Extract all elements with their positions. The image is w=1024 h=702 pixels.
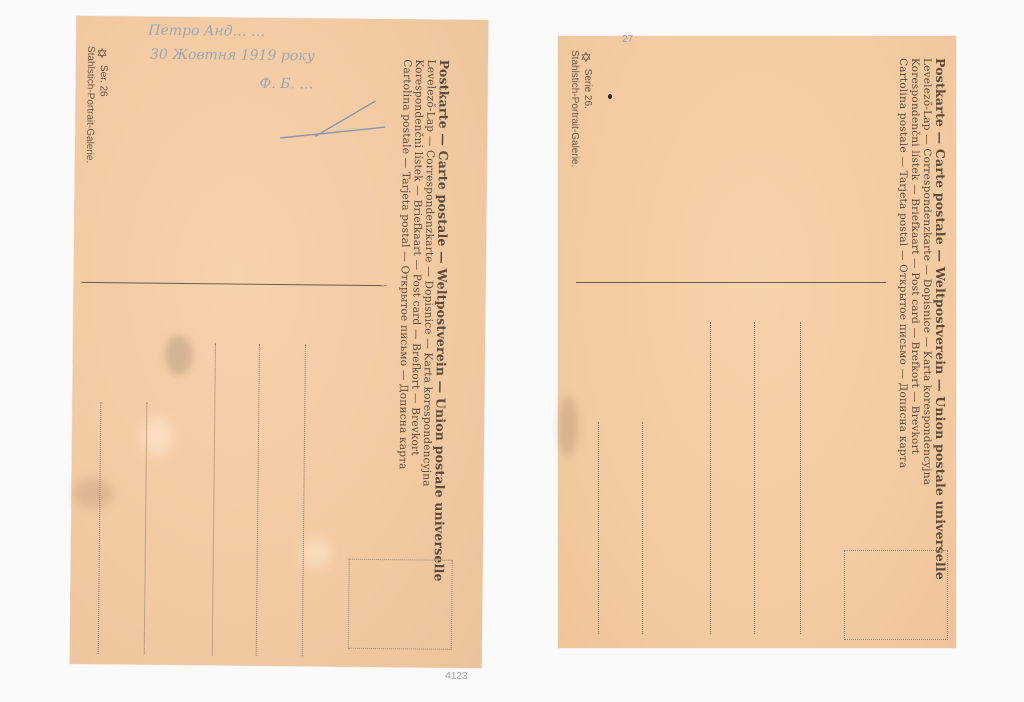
header-line: Levelező-Lap — Correspondenzkarte — Dopi… <box>921 58 933 580</box>
publisher-imprint: ✡ Serie 26. Stahlstich-Portrait-Galerie. <box>568 50 594 167</box>
postcard-right: 27 ✡ Serie 26. Stahlstich-Portrait-Galer… <box>558 36 956 648</box>
publisher-name: Stahlstich-Portrait-Galerie. <box>569 50 580 167</box>
publisher-imprint: ✡ Ser. 26 Stahlstich-Portrait-Galerie. <box>83 46 110 164</box>
stamp-box <box>348 559 453 650</box>
address-line <box>598 422 599 634</box>
stain <box>301 538 331 568</box>
address-line <box>710 322 711 634</box>
address-line <box>98 402 102 654</box>
message-divider <box>576 282 886 283</box>
stain <box>73 478 113 508</box>
handwriting-line-1: Петро Анд… … <box>148 23 265 40</box>
header-line: Postkarte — Carte postale — Weltpostvere… <box>933 58 948 580</box>
star-logo-icon: ✡ <box>579 50 595 66</box>
address-line <box>302 344 306 656</box>
postcard-header: Postkarte — Carte postale — Weltpostvere… <box>396 59 452 582</box>
address-line <box>256 344 260 656</box>
postcard-left: Петро Анд… … 30 Жовтня 1919 року Ф. Б. …… <box>70 16 489 668</box>
stamp-box <box>844 550 948 640</box>
handwriting-line-2: 30 Жовтня 1919 року <box>150 47 315 65</box>
series-label: Serie 26. <box>582 69 593 109</box>
address-line <box>642 422 643 634</box>
pencil-note: 27 <box>622 34 633 45</box>
header-line: Korespondenčni lístek — Briefkaart — Pos… <box>909 58 921 580</box>
pencil-note: 4123 <box>445 671 467 682</box>
message-divider <box>82 282 387 286</box>
address-line <box>800 322 801 634</box>
address-line <box>212 343 216 655</box>
postcard-header: Postkarte — Carte postale — Weltpostvere… <box>897 58 948 580</box>
address-line <box>754 322 755 634</box>
series-label: Ser. 26 <box>98 65 109 97</box>
star-logo-icon: ✡ <box>95 46 111 62</box>
pencil-arrow-icon <box>275 88 406 149</box>
ink-spot <box>608 94 612 99</box>
header-line: Cartolina postale — Tarjeta postal — Отк… <box>897 58 909 580</box>
publisher-name: Stahlstich-Portrait-Galerie. <box>84 46 96 163</box>
stain <box>165 335 193 375</box>
stain <box>558 396 578 456</box>
